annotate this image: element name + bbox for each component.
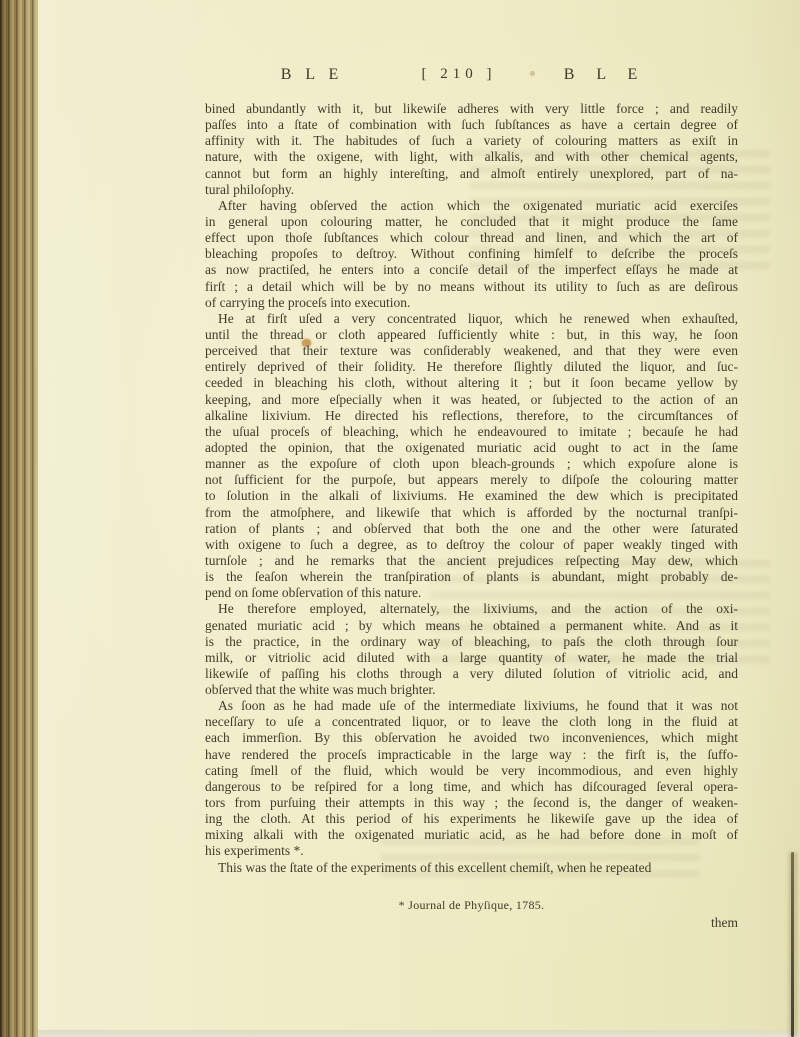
text-line: perceived that their texture was conſide… [205, 343, 738, 359]
text-line: manner as the expoſure of cloth upon ble… [205, 456, 738, 472]
text-line: of carrying the proceſs into execution. [205, 295, 738, 311]
text-line: the uſual proceſs of bleaching, which he… [205, 424, 738, 440]
text-line: cannot but form an highly intereſting, a… [205, 166, 738, 182]
book-scan: B L E [ 210 ] B L E bined abundantly wit… [0, 0, 800, 1037]
header-left-title: B L E [281, 66, 344, 84]
text-line: from the atmoſphere, and likewiſe that w… [205, 505, 738, 521]
catchword: them [205, 915, 738, 931]
text-line: likewiſe of paſſing his cloths through a… [205, 666, 738, 682]
text-line: keeping, and more eſpecially when it was… [205, 392, 738, 408]
text-line: After having obſerved the action which t… [205, 198, 738, 214]
text-line: is the ſeaſon wherein the tranſpiration … [205, 569, 738, 585]
text-line: his experiments *. [205, 843, 738, 859]
text-line: nature, with the oxigene, with light, wi… [205, 149, 738, 165]
text-line: each immerſion. By this obſervation he a… [205, 730, 738, 746]
text-line: He at firſt uſed a very concentrated liq… [205, 311, 738, 327]
text-line: mixing alkali with the oxigenated muriat… [205, 827, 738, 843]
text-line: pend on ſome obſervation of this nature. [205, 585, 738, 601]
text-line: obſerved that the white was much brighte… [205, 682, 738, 698]
text-line: dangerous to be reſpired for a long time… [205, 779, 738, 795]
header-right-title: B L E [564, 66, 647, 84]
text-line: in general upon colouring matter, he con… [205, 214, 738, 230]
text-line: ing the cloth. At this period of his exp… [205, 811, 738, 827]
text-line: neceſſary to uſe a concentrated liquor, … [205, 714, 738, 730]
header-page-number: [ 210 ] [422, 66, 497, 83]
text-line: adopted the opinion, that the oxigenated… [205, 440, 738, 456]
text-line: genated muriatic acid ; by which means h… [205, 618, 738, 634]
text-line: milk, or vitriolic acid diluted with a l… [205, 650, 738, 666]
text-line: effect upon thoſe ſubſtances which colou… [205, 230, 738, 246]
text-line: tors from purſuing their attempts in thi… [205, 795, 738, 811]
body-text: bined abundantly with it, but likewiſe a… [205, 101, 738, 876]
text-line: turnſole ; and he remarks that the ancie… [205, 553, 738, 569]
text-line: ceeded in bleaching his cloth, without a… [205, 375, 738, 391]
text-line: As ſoon as he had made uſe of the interm… [205, 698, 738, 714]
text-line: have rendered the proceſs impracticable … [205, 747, 738, 763]
text-line: firſt ; a detail which will be by no mea… [205, 279, 738, 295]
text-line: not ſufficient for the purpoſe, but appe… [205, 472, 738, 488]
text-line: with oxigene to ſuch a degree, as to deſ… [205, 537, 738, 553]
text-line: bleaching propoſes to deſtroy. Without c… [205, 246, 738, 262]
text-line: entirely deprived of their ſolidity. He … [205, 359, 738, 375]
text-line: until the thread or cloth appeared ſuffi… [205, 327, 738, 343]
text-line: tural philoſophy. [205, 182, 738, 198]
page-right-edge-shadow [791, 852, 794, 1037]
text-line: cating ſmell of the fluid, which would b… [205, 763, 738, 779]
text-line: to ſolution in the alkali of lixiviums. … [205, 488, 738, 504]
text-line: ration of plants ; and obſerved that bot… [205, 521, 738, 537]
text-line: This was the ſtate of the experiments of… [205, 860, 738, 876]
text-line: He therefore employed, alternately, the … [205, 601, 738, 617]
page-bottom-edge [38, 1030, 800, 1037]
text-line: is the practice, in the ordinary way of … [205, 634, 738, 650]
footnote: * Journal de Phyſique, 1785. [205, 898, 738, 913]
book-page-edges [0, 0, 40, 1037]
text-line: affinity with it. The habitudes of ſuch … [205, 133, 738, 149]
text-line: as now practiſed, he enters into a conci… [205, 262, 738, 278]
text-line: paſſes into a ſtate of combination with … [205, 117, 738, 133]
text-line: alkaline lixivium. He directed his refle… [205, 408, 738, 424]
text-line: bined abundantly with it, but likewiſe a… [205, 101, 738, 117]
